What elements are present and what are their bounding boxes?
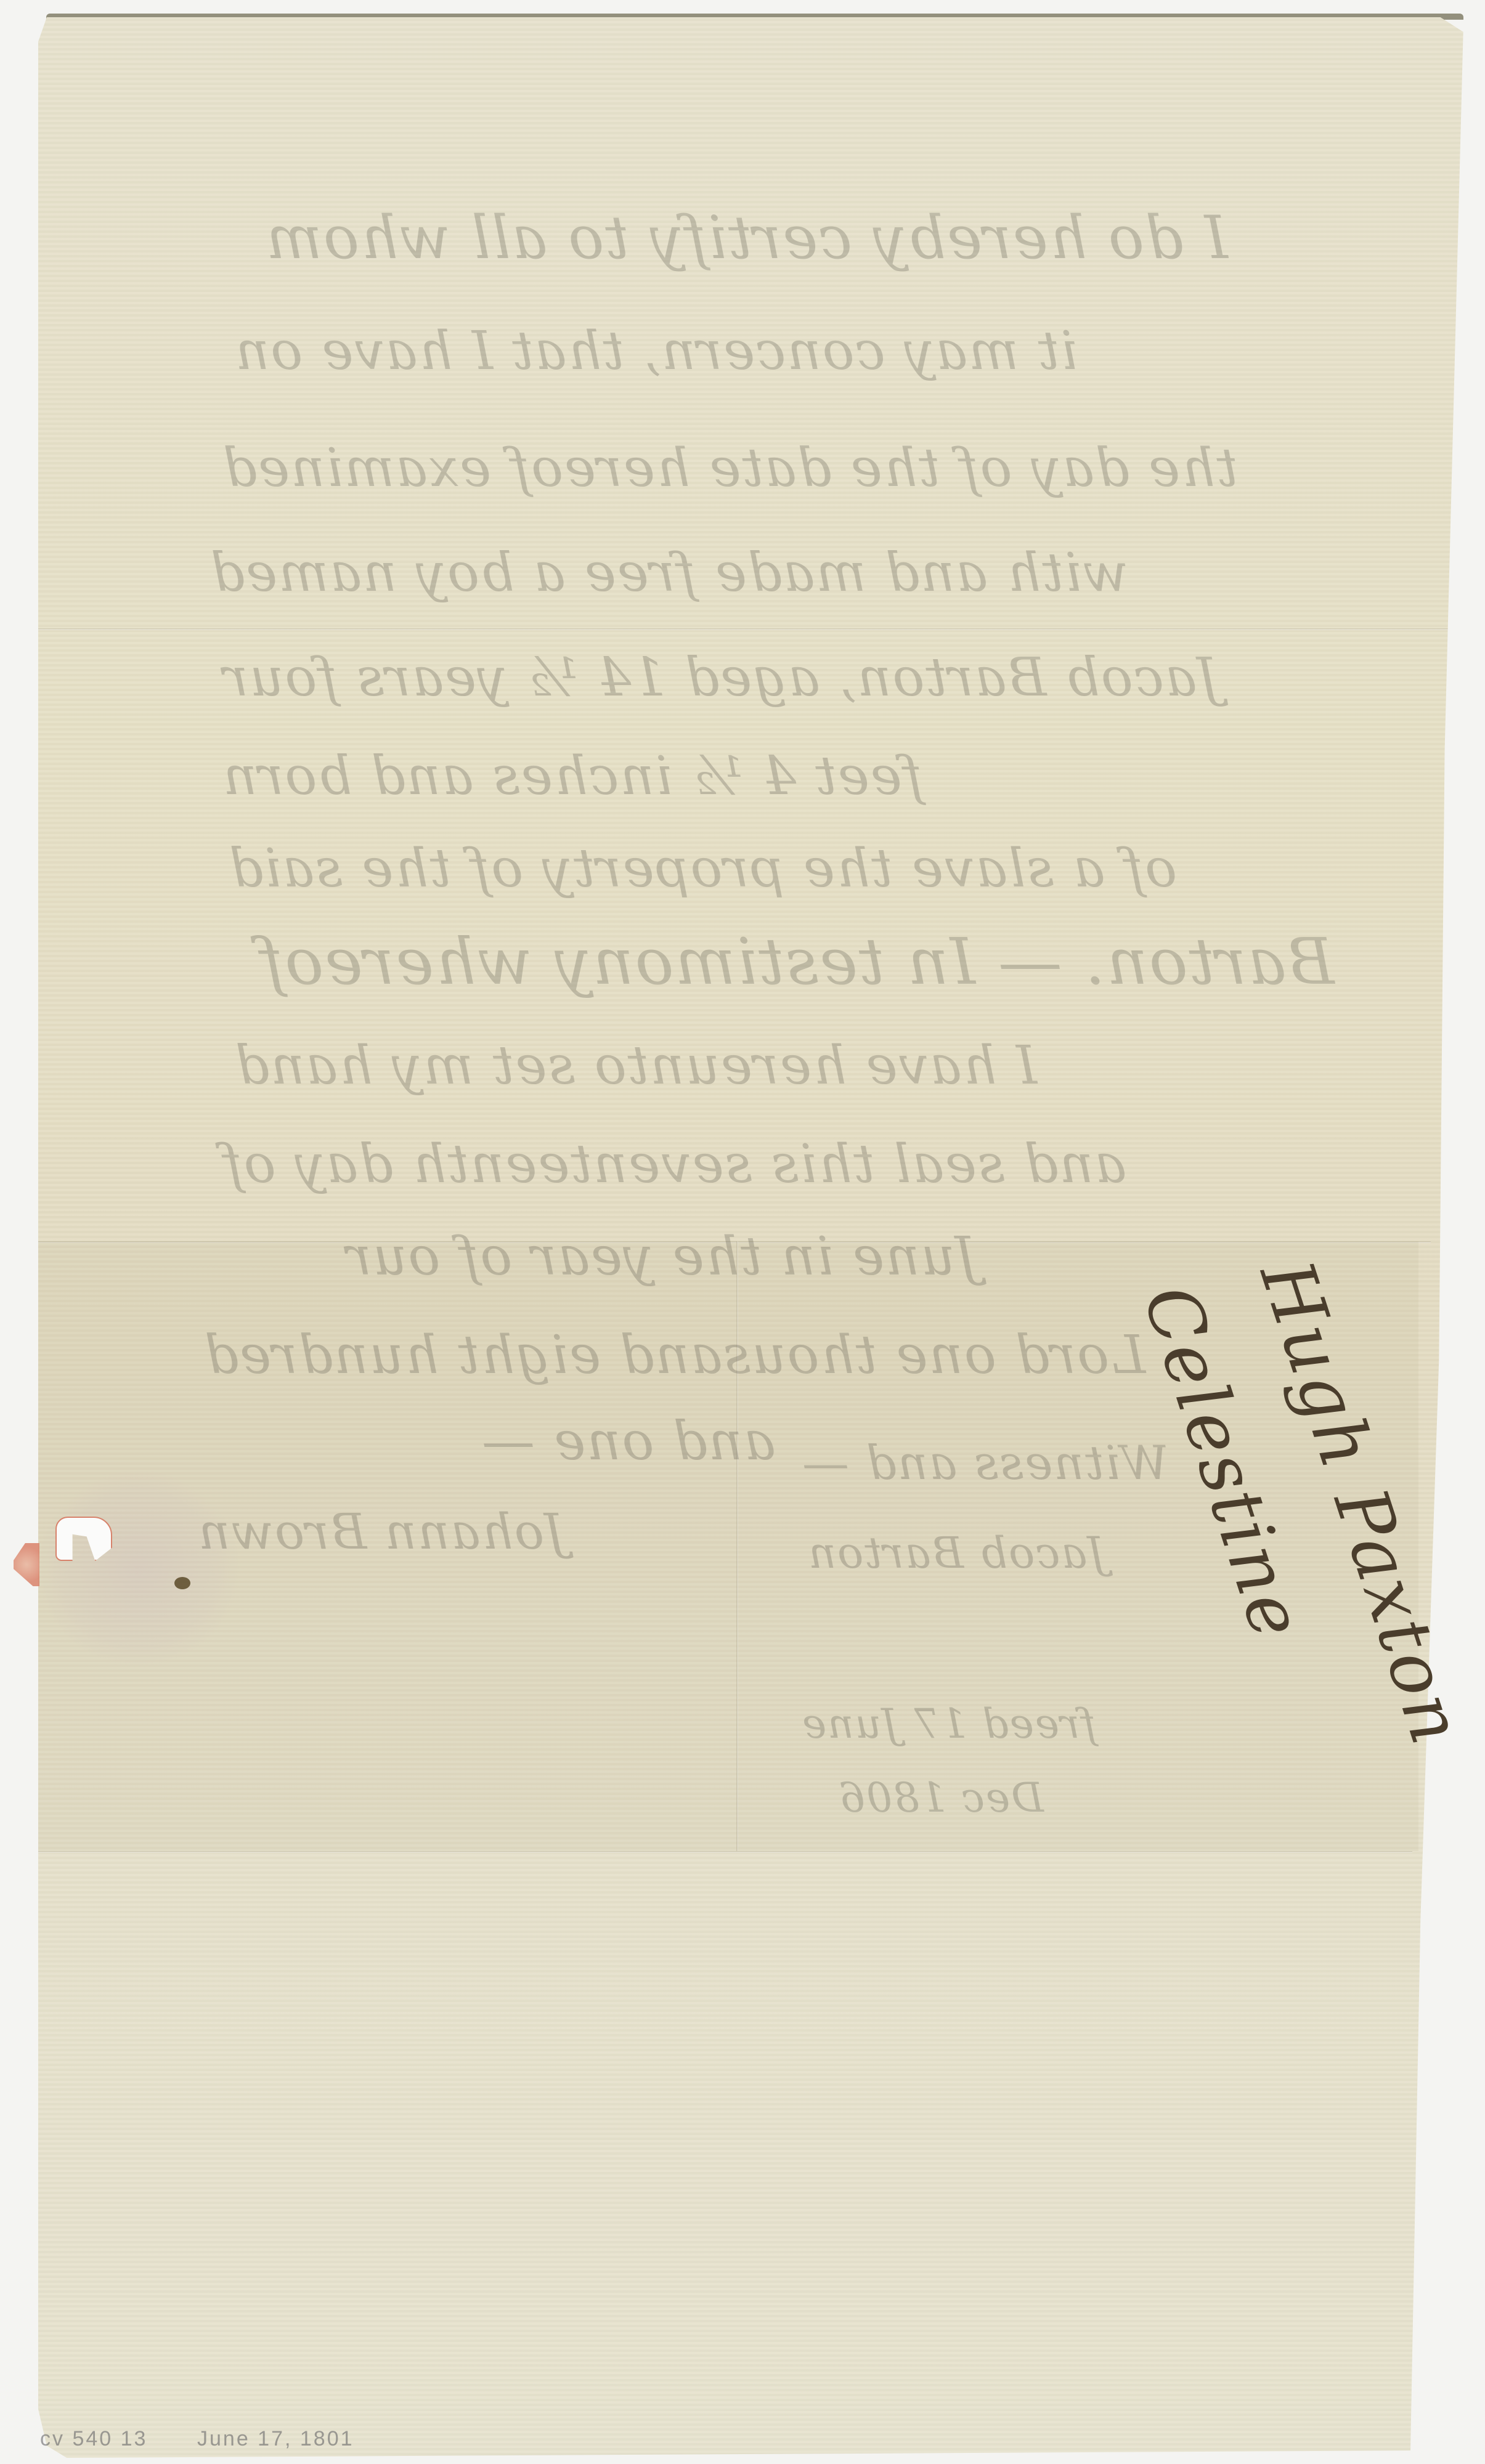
fold-line-lower <box>38 1851 1412 1853</box>
bleed-block-1: Witness and — <box>801 1435 1169 1490</box>
bleed-line-7: of a slave the property of the said <box>228 838 1177 899</box>
bleed-line-1: I do hereby certify to all whom <box>265 203 1228 272</box>
bleed-block-4: Dec 1806 <box>838 1774 1044 1822</box>
bleed-block-2: Jacob Barton <box>807 1528 1105 1578</box>
bleed-line-3: the day of the date hereof examined <box>222 437 1238 499</box>
pencil-date: June 17, 1801 <box>197 2427 354 2451</box>
bleed-block-3: freed 17 June <box>801 1700 1096 1748</box>
stain <box>37 1466 240 1669</box>
red-wax-tab <box>14 1543 39 1586</box>
bleed-signature: Johann Brown <box>197 1503 565 1560</box>
bleed-line-5: Jacob Barton, aged 14 ½ years four <box>222 647 1219 708</box>
bleed-line-12: Lord one thousand eight hundred <box>203 1324 1145 1386</box>
fold-line-upper <box>38 628 1449 630</box>
pencil-catalog-number: cv 540 13 <box>40 2427 147 2451</box>
bleed-line-6: feet 4 ½ inches and born <box>222 745 922 807</box>
bleed-line-10: and seal this seventeenth day of <box>222 1133 1126 1195</box>
bleed-line-4: with and made free a boy named <box>210 542 1128 604</box>
bleed-line-8: Barton. — In testimony whereof <box>259 924 1335 999</box>
bleed-line-13: and one — <box>481 1411 775 1472</box>
bleed-line-9: I have hereunto set my hand <box>234 1035 1037 1096</box>
ink-blot <box>174 1577 190 1589</box>
bleed-line-11: June in the year of our <box>345 1226 977 1287</box>
bleed-line-2: it may concern, that I have on <box>234 320 1078 382</box>
